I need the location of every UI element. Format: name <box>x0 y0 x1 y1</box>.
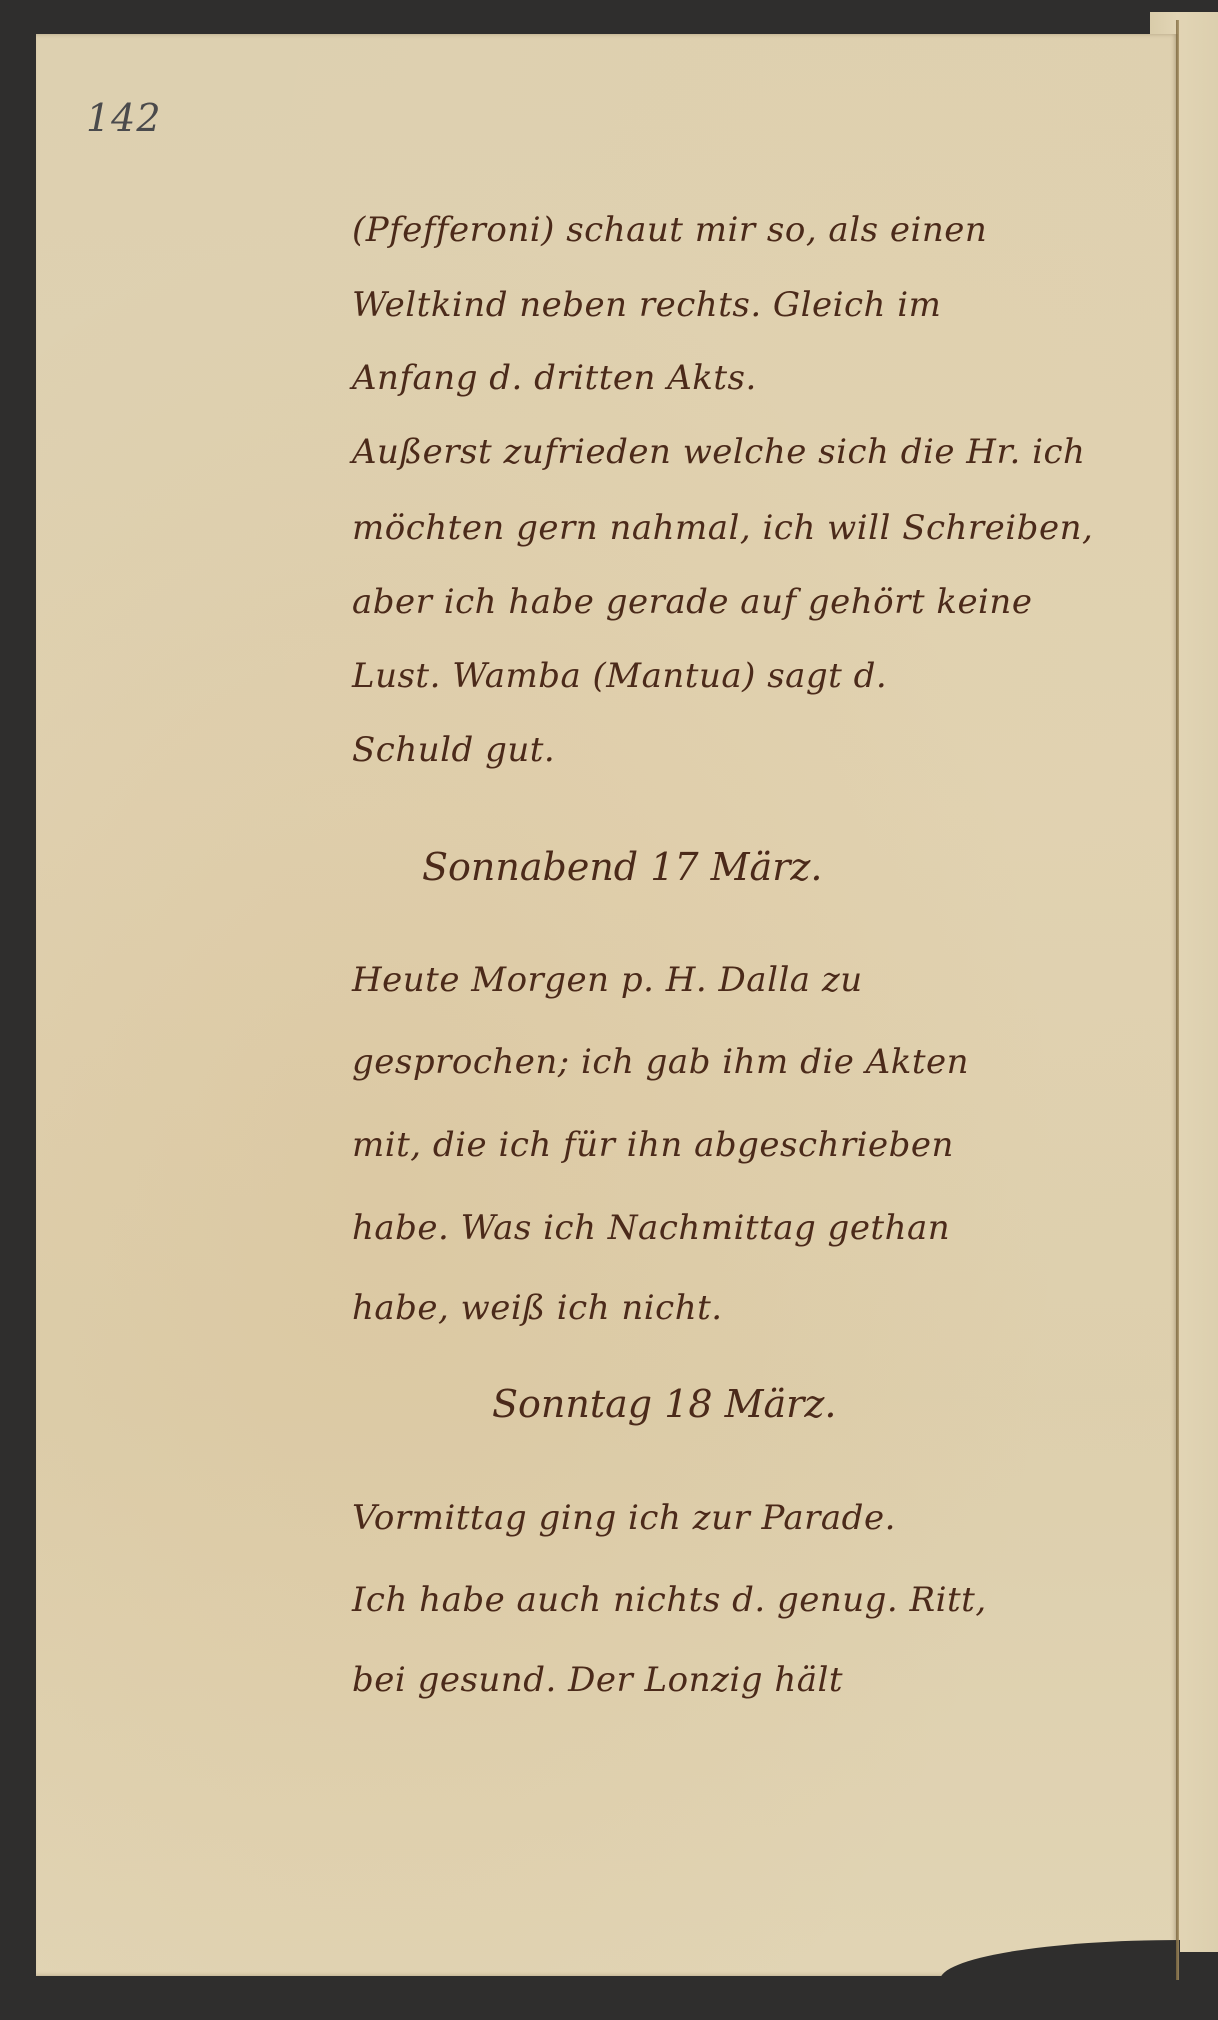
text-line: (Pfefferoni) schaut mir so, als einen <box>352 210 987 250</box>
date-heading: Sonntag 18 März. <box>492 1382 836 1426</box>
text-line: aber ich habe gerade auf gehört keine <box>352 582 1032 622</box>
text-line: habe. Was ich Nachmittag gethan <box>352 1208 950 1248</box>
text-line: Weltkind neben rechts. Gleich im <box>352 285 941 325</box>
text-line: Außerst zufrieden welche sich die Hr. ic… <box>352 432 1085 472</box>
text-line: möchten gern nahmal, ich will Schreiben, <box>352 508 1093 548</box>
text-line: Vormittag ging ich zur Parade. <box>352 1498 896 1538</box>
text-line: Schuld gut. <box>352 730 555 770</box>
text-line: habe, weiß ich nicht. <box>352 1288 723 1328</box>
manuscript-scan: 142 (Pfefferoni) schaut mir so, als eine… <box>0 0 1218 2020</box>
date-heading: Sonnabend 17 März. <box>422 845 822 889</box>
text-line: bei gesund. Der Lonzig hält <box>352 1660 843 1700</box>
text-line: mit, die ich für ihn abgeschrieben <box>352 1125 954 1165</box>
text-line: Lust. Wamba (Mantua) sagt d. <box>352 656 887 696</box>
text-line: Ich habe auch nichts d. genug. Ritt, <box>352 1580 987 1620</box>
text-line: gesprochen; ich gab ihm die Akten <box>352 1042 969 1082</box>
binding-gutter <box>1176 20 1179 1980</box>
page-number: 142 <box>86 96 162 140</box>
text-line: Heute Morgen p. H. Dalla zu <box>352 960 863 1000</box>
text-line: Anfang d. dritten Akts. <box>352 358 757 398</box>
